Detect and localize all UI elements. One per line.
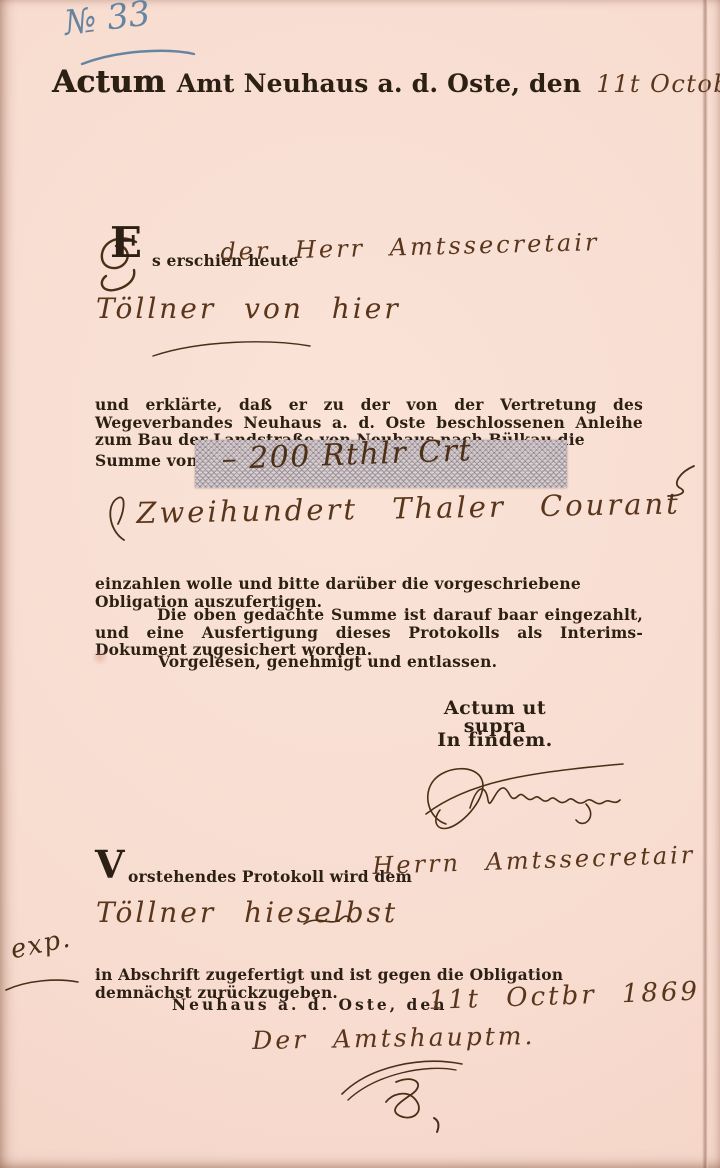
- delivery-printed-text: orstehendes Protokoll wird dem: [128, 868, 412, 886]
- opening-person-handwritten: der Herr Amtssecretair: [220, 228, 600, 266]
- footer-place-printed: Neuhaus a. d. Oste, den: [172, 996, 447, 1014]
- official-signature: [418, 758, 628, 843]
- delivery-person-handwritten: Herrn Amtssecretair: [372, 841, 696, 880]
- margin-note-exp: exp.: [8, 923, 74, 965]
- document-page: № 33 Actum Amt Neuhaus a. d. Oste, den 1…: [0, 0, 720, 1168]
- header-actum-label: Actum: [52, 64, 166, 100]
- page-edge-crease: [702, 0, 708, 1168]
- doc-number: № 33: [62, 0, 152, 44]
- ink-smudge: [92, 648, 108, 666]
- opening-name-handwritten: Töllner von hier: [96, 292, 401, 325]
- signer-initial-signature: [330, 1052, 475, 1137]
- security-amount-field: – 200 Rthlr Crt: [195, 440, 567, 488]
- margin-note-underline: [4, 976, 82, 994]
- opening-initial: E: [110, 234, 142, 252]
- delivery-initial: V: [95, 856, 125, 874]
- paragraph-vorgelesen: Vorgelesen, genehmigt und entlassen.: [158, 653, 497, 671]
- paragraph-summe-eingezahlt: Die oben gedachte Summe ist darauf baar …: [95, 606, 643, 659]
- amount-words-handwritten: Zweihundert Thaler Courant: [136, 486, 681, 529]
- amount-handwritten: – 200 Rthlr Crt: [221, 433, 473, 477]
- signer-role-handwritten: Der Amtshauptm.: [252, 1021, 536, 1055]
- amount-words-lead-flourish: [98, 494, 132, 546]
- in-fidem-label: In findem.: [420, 732, 570, 750]
- sum-label: Summe von: [95, 452, 198, 470]
- header-place-label: Amt Neuhaus a. d. Oste, den: [177, 69, 582, 98]
- delivery-name-tail-flourish: [302, 912, 354, 934]
- amount-words-tail-flourish: [660, 462, 702, 500]
- name-underline-flourish: [150, 336, 315, 360]
- header-line: Actum Amt Neuhaus a. d. Oste, den 11t Oc…: [52, 70, 712, 98]
